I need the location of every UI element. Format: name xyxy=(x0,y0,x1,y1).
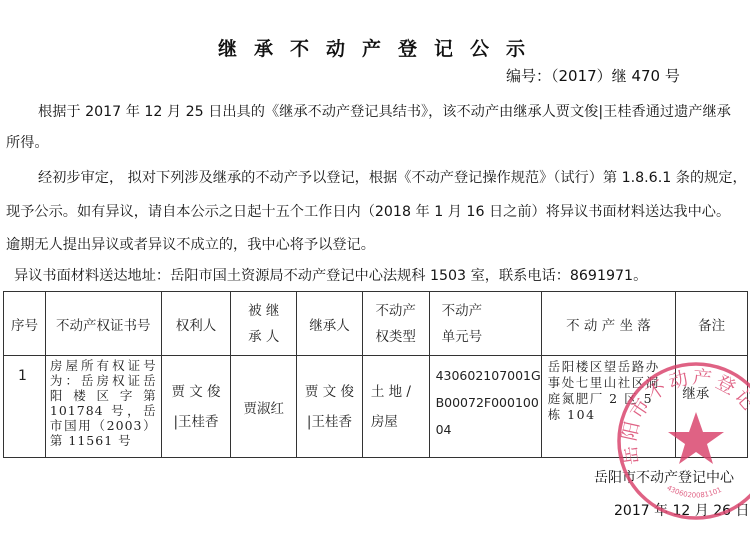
cell-right-type-line-1: 土 地 / xyxy=(371,377,429,407)
cell-unit-no-line-2: B00072F000100 xyxy=(436,389,541,416)
cell-unit-no-line-3: 04 xyxy=(436,416,541,443)
cell-decedent: 贾淑红 xyxy=(231,356,297,458)
cell-owner-line-2: |王桂香 xyxy=(162,407,231,437)
signature-org: 岳阳市不动产登记中心 xyxy=(594,467,734,487)
header-right-type-line-2: 权类型 xyxy=(363,324,429,350)
header-unit-no-line-2: 单元号 xyxy=(442,324,541,350)
header-decedent: 被 继 承 人 xyxy=(231,292,297,356)
table-header-row: 序号 不动产权证书号 权利人 被 继 承 人 继承人 不动产 权类型 不动产 单… xyxy=(4,292,748,356)
cell-unit-no: 430602107001G B00072F000100 04 xyxy=(429,356,541,458)
header-location: 不 动 产 坐 落 xyxy=(541,292,676,356)
paragraph-2-line-1: 经初步审定， 拟对下列涉及继承的不动产予以登记，根据《不动产登记操作规范》（试行… xyxy=(38,167,747,187)
page-title: 继承不动产登记公示 xyxy=(0,34,750,61)
cell-owner: 贾 文 俊 |王桂香 xyxy=(161,356,231,458)
cell-seq: 1 xyxy=(4,356,46,458)
cell-heir-line-1: 贾 文 俊 xyxy=(297,377,362,407)
cell-cert-no: 房屋所有权证号为：岳房权证岳阳楼区字第 101784 号，岳市国用（2003）第… xyxy=(45,356,161,458)
header-unit-no-line-1: 不动产 xyxy=(442,298,541,324)
header-heir: 继承人 xyxy=(297,292,363,356)
signature-date: 2017 年 12 月 26 日 xyxy=(614,500,750,520)
cell-heir-line-2: |王桂香 xyxy=(297,407,362,437)
header-note: 备注 xyxy=(676,292,748,356)
header-cert-no: 不动产权证书号 xyxy=(45,292,161,356)
cell-location: 岳阳楼区望岳路办事处七里山社区洞庭氮肥厂 2 区 5 栋 104 xyxy=(541,356,676,458)
document-number: 编号：（2017）继 470 号 xyxy=(506,65,680,86)
cell-owner-line-1: 贾 文 俊 xyxy=(162,377,231,407)
header-seq: 序号 xyxy=(4,292,46,356)
header-unit-no: 不动产 单元号 xyxy=(429,292,541,356)
cell-unit-no-line-1: 430602107001G xyxy=(436,362,541,389)
header-right-type: 不动产 权类型 xyxy=(362,292,429,356)
cell-right-type: 土 地 / 房屋 xyxy=(362,356,429,458)
header-decedent-line-2: 承 人 xyxy=(231,324,296,350)
paragraph-2-line-2: 现予公示。如有异议，请自本公示之日起十五个工作日内（2018 年 1 月 16 … xyxy=(6,201,730,221)
paragraph-1-line-2: 所得。 xyxy=(6,132,49,152)
table-row: 1 房屋所有权证号为：岳房权证岳阳楼区字第 101784 号，岳市国用（2003… xyxy=(4,356,748,458)
objection-address: 异议书面材料送达地址：岳阳市国土资源局不动产登记中心法规科 1503 室，联系电… xyxy=(14,265,647,285)
header-decedent-line-1: 被 继 xyxy=(231,298,296,324)
paragraph-2-line-3: 逾期无人提出异议或者异议不成立的，我中心将予以登记。 xyxy=(6,234,375,254)
registration-table: 序号 不动产权证书号 权利人 被 继 承 人 继承人 不动产 权类型 不动产 单… xyxy=(3,291,748,458)
cell-right-type-line-2: 房屋 xyxy=(371,407,429,437)
paragraph-1-line-1: 根据于 2017 年 12 月 25 日出具的《继承不动产登记具结书》，该不动产… xyxy=(38,101,731,121)
cell-heir: 贾 文 俊 |王桂香 xyxy=(297,356,363,458)
cell-note: 继承 xyxy=(676,356,748,458)
header-right-type-line-1: 不动产 xyxy=(363,298,429,324)
header-owner: 权利人 xyxy=(161,292,231,356)
